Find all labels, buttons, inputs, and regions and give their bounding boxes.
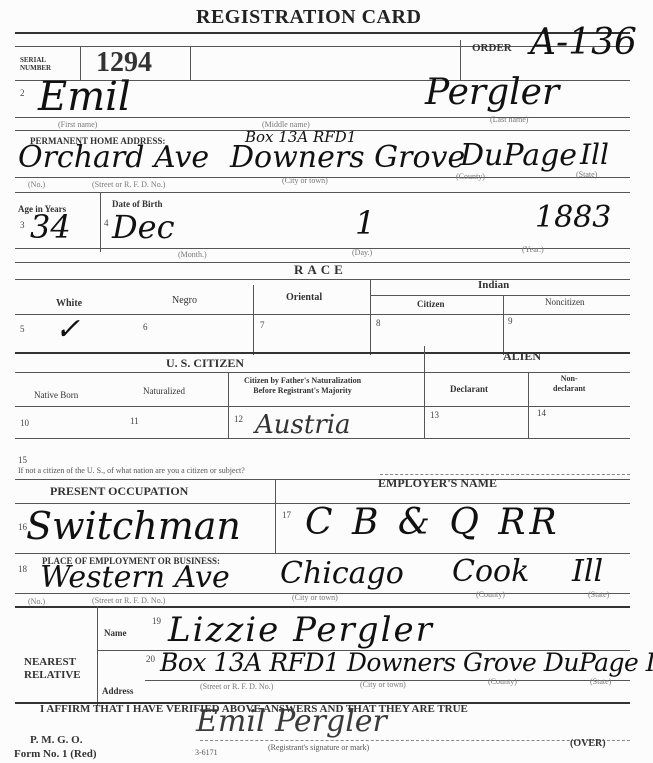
caption-city: (City or town) <box>292 593 338 602</box>
age-value: 34 <box>30 208 71 246</box>
race-white-check: ✓ <box>55 312 80 347</box>
home-address-city: Downers Grove <box>230 140 465 175</box>
place-county: Cook <box>452 554 529 589</box>
home-address-state: Ill <box>580 138 609 171</box>
field-number: 10 <box>20 418 29 428</box>
alien-heading: ALIEN <box>503 349 541 364</box>
rule <box>15 438 630 439</box>
rule <box>100 192 101 252</box>
rule <box>228 372 229 438</box>
caption-state: (State) <box>590 677 611 686</box>
rule <box>15 553 630 554</box>
caption-state: (State) <box>588 590 609 599</box>
field-number: 20 <box>146 654 155 664</box>
caption-county: (County) <box>456 172 485 181</box>
relative-label-line2: RELATIVE <box>24 669 81 682</box>
form-agency: P. M. G. O. <box>30 734 82 746</box>
occupation-label: PRESENT OCCUPATION <box>50 484 188 499</box>
nearest-relative-label: NEAREST RELATIVE <box>24 656 81 682</box>
day-caption: (Day.) <box>352 248 372 257</box>
rule <box>15 279 630 280</box>
citizen-nation-value: Austria <box>255 410 351 440</box>
rule <box>15 406 630 407</box>
field-number: 2 <box>20 88 25 98</box>
field-number: 11 <box>130 416 139 426</box>
registrant-signature: Emil Pergler <box>196 704 387 739</box>
over-label: (OVER) <box>570 738 606 749</box>
serial-label-line2: NUMBER <box>20 64 51 72</box>
field-number: 19 <box>152 616 161 626</box>
indian-heading: Indian <box>478 279 509 291</box>
race-col-white: White <box>56 298 82 309</box>
rule <box>370 279 371 355</box>
field-number: 12 <box>234 414 243 424</box>
relative-label-line1: NEAREST <box>24 656 81 669</box>
month-caption: (Month.) <box>178 250 207 259</box>
caption-street: (Street or R. F. D. No.) <box>92 180 165 189</box>
alien-col-label-line1: Non- <box>553 374 585 384</box>
rule <box>15 314 630 315</box>
relative-name-label: Name <box>104 628 127 638</box>
caption-no: (No.) <box>28 597 45 606</box>
rule <box>370 295 630 296</box>
form-number: Form No. 1 (Red) <box>14 748 96 760</box>
field-number: 15 <box>18 455 27 465</box>
race-heading: RACE <box>294 262 347 278</box>
caption-city: (City or town) <box>282 176 328 185</box>
field-number: 13 <box>430 410 439 420</box>
order-label: ORDER <box>472 42 512 54</box>
dob-day: 1 <box>355 204 375 242</box>
field-number: 4 <box>104 218 109 228</box>
field-number: 5 <box>20 324 25 334</box>
caption-city: (City or town) <box>360 680 406 689</box>
rule <box>275 479 276 553</box>
relative-address-value: Box 13A RFD1 Downers Grove DuPage Ill <box>160 648 653 677</box>
citizen-col-native-born: Native Born <box>34 390 78 400</box>
year-caption: (Year.) <box>522 245 544 254</box>
first-name-caption: (First name) <box>58 120 97 129</box>
caption-county: (County) <box>488 677 517 686</box>
alien-col-label-line2: declarant <box>553 384 585 394</box>
home-address-street: Orchard Ave <box>18 140 209 175</box>
field-number: 6 <box>143 322 148 332</box>
race-col-oriental: Oriental <box>286 292 322 303</box>
us-citizen-heading: U. S. CITIZEN <box>166 356 244 371</box>
race-col-indian-citizen: Citizen <box>417 299 445 309</box>
field-number: 3 <box>20 220 25 230</box>
rule <box>15 192 630 193</box>
caption-county: (County) <box>476 590 505 599</box>
alien-col-nondeclarant: Non- declarant <box>553 374 585 394</box>
order-number: A-136 <box>530 22 637 63</box>
relative-name-value: Lizzie Pergler <box>168 610 434 650</box>
card-title: REGISTRATION CARD <box>196 6 421 29</box>
signature-caption: (Registrant's signature or mark) <box>268 743 369 752</box>
rule <box>15 479 630 480</box>
rule <box>253 285 254 355</box>
serial-label-line1: SERIAL <box>20 56 51 64</box>
field-number: 7 <box>260 320 265 330</box>
print-code: 3-6171 <box>195 748 218 757</box>
registration-card: REGISTRATION CARD SERIAL NUMBER 1294 ORD… <box>0 0 653 763</box>
place-street: Western Ave <box>40 560 230 595</box>
employer-label: EMPLOYER'S NAME <box>378 476 497 491</box>
citizen-col-label-line2: Before Registrant's Majority <box>244 386 361 396</box>
relative-address-label: Address <box>102 686 133 696</box>
rule <box>15 117 630 118</box>
rule <box>424 346 425 438</box>
dob-month: Dec <box>112 208 175 246</box>
caption-street: (Street or R. F. D. No.) <box>92 596 165 605</box>
place-state: Ill <box>572 554 603 589</box>
first-name: Emil <box>38 74 131 120</box>
rule <box>190 46 191 80</box>
caption-street: (Street or R. F. D. No.) <box>200 682 273 691</box>
citizen-col-naturalized: Naturalized <box>143 386 185 396</box>
citizen-col-fathers-naturalization: Citizen by Father's Naturalization Befor… <box>244 376 361 396</box>
alien-col-declarant: Declarant <box>450 384 488 394</box>
signature-line <box>200 740 630 741</box>
citizen-col-label-line1: Citizen by Father's Naturalization <box>244 376 361 386</box>
caption-state: (State) <box>576 170 597 179</box>
race-col-negro: Negro <box>172 295 197 306</box>
last-name-caption: (Last name) <box>490 115 528 124</box>
caption-no: (No.) <box>28 180 45 189</box>
home-address-county: DuPage <box>460 138 577 173</box>
dob-year: 1883 <box>535 200 611 235</box>
rule <box>503 295 504 355</box>
employer-value: C B & Q RR <box>305 502 561 543</box>
occupation-value: Switchman <box>26 504 241 548</box>
rule <box>97 606 98 706</box>
rule <box>15 372 630 373</box>
race-col-indian-noncitizen: Noncitizen <box>545 297 585 307</box>
serial-label: SERIAL NUMBER <box>20 56 51 72</box>
field-number: 18 <box>18 564 27 574</box>
field-number: 9 <box>508 316 513 326</box>
place-city: Chicago <box>280 556 404 591</box>
rule <box>15 606 630 608</box>
q15-answer-line <box>380 474 630 475</box>
rule <box>528 372 529 438</box>
field-number: 17 <box>282 510 291 520</box>
last-name: Pergler <box>425 72 559 113</box>
field-number: 14 <box>537 408 546 418</box>
q15-question: If not a citizen of the U. S., of what n… <box>18 466 245 475</box>
field-number: 8 <box>376 318 381 328</box>
